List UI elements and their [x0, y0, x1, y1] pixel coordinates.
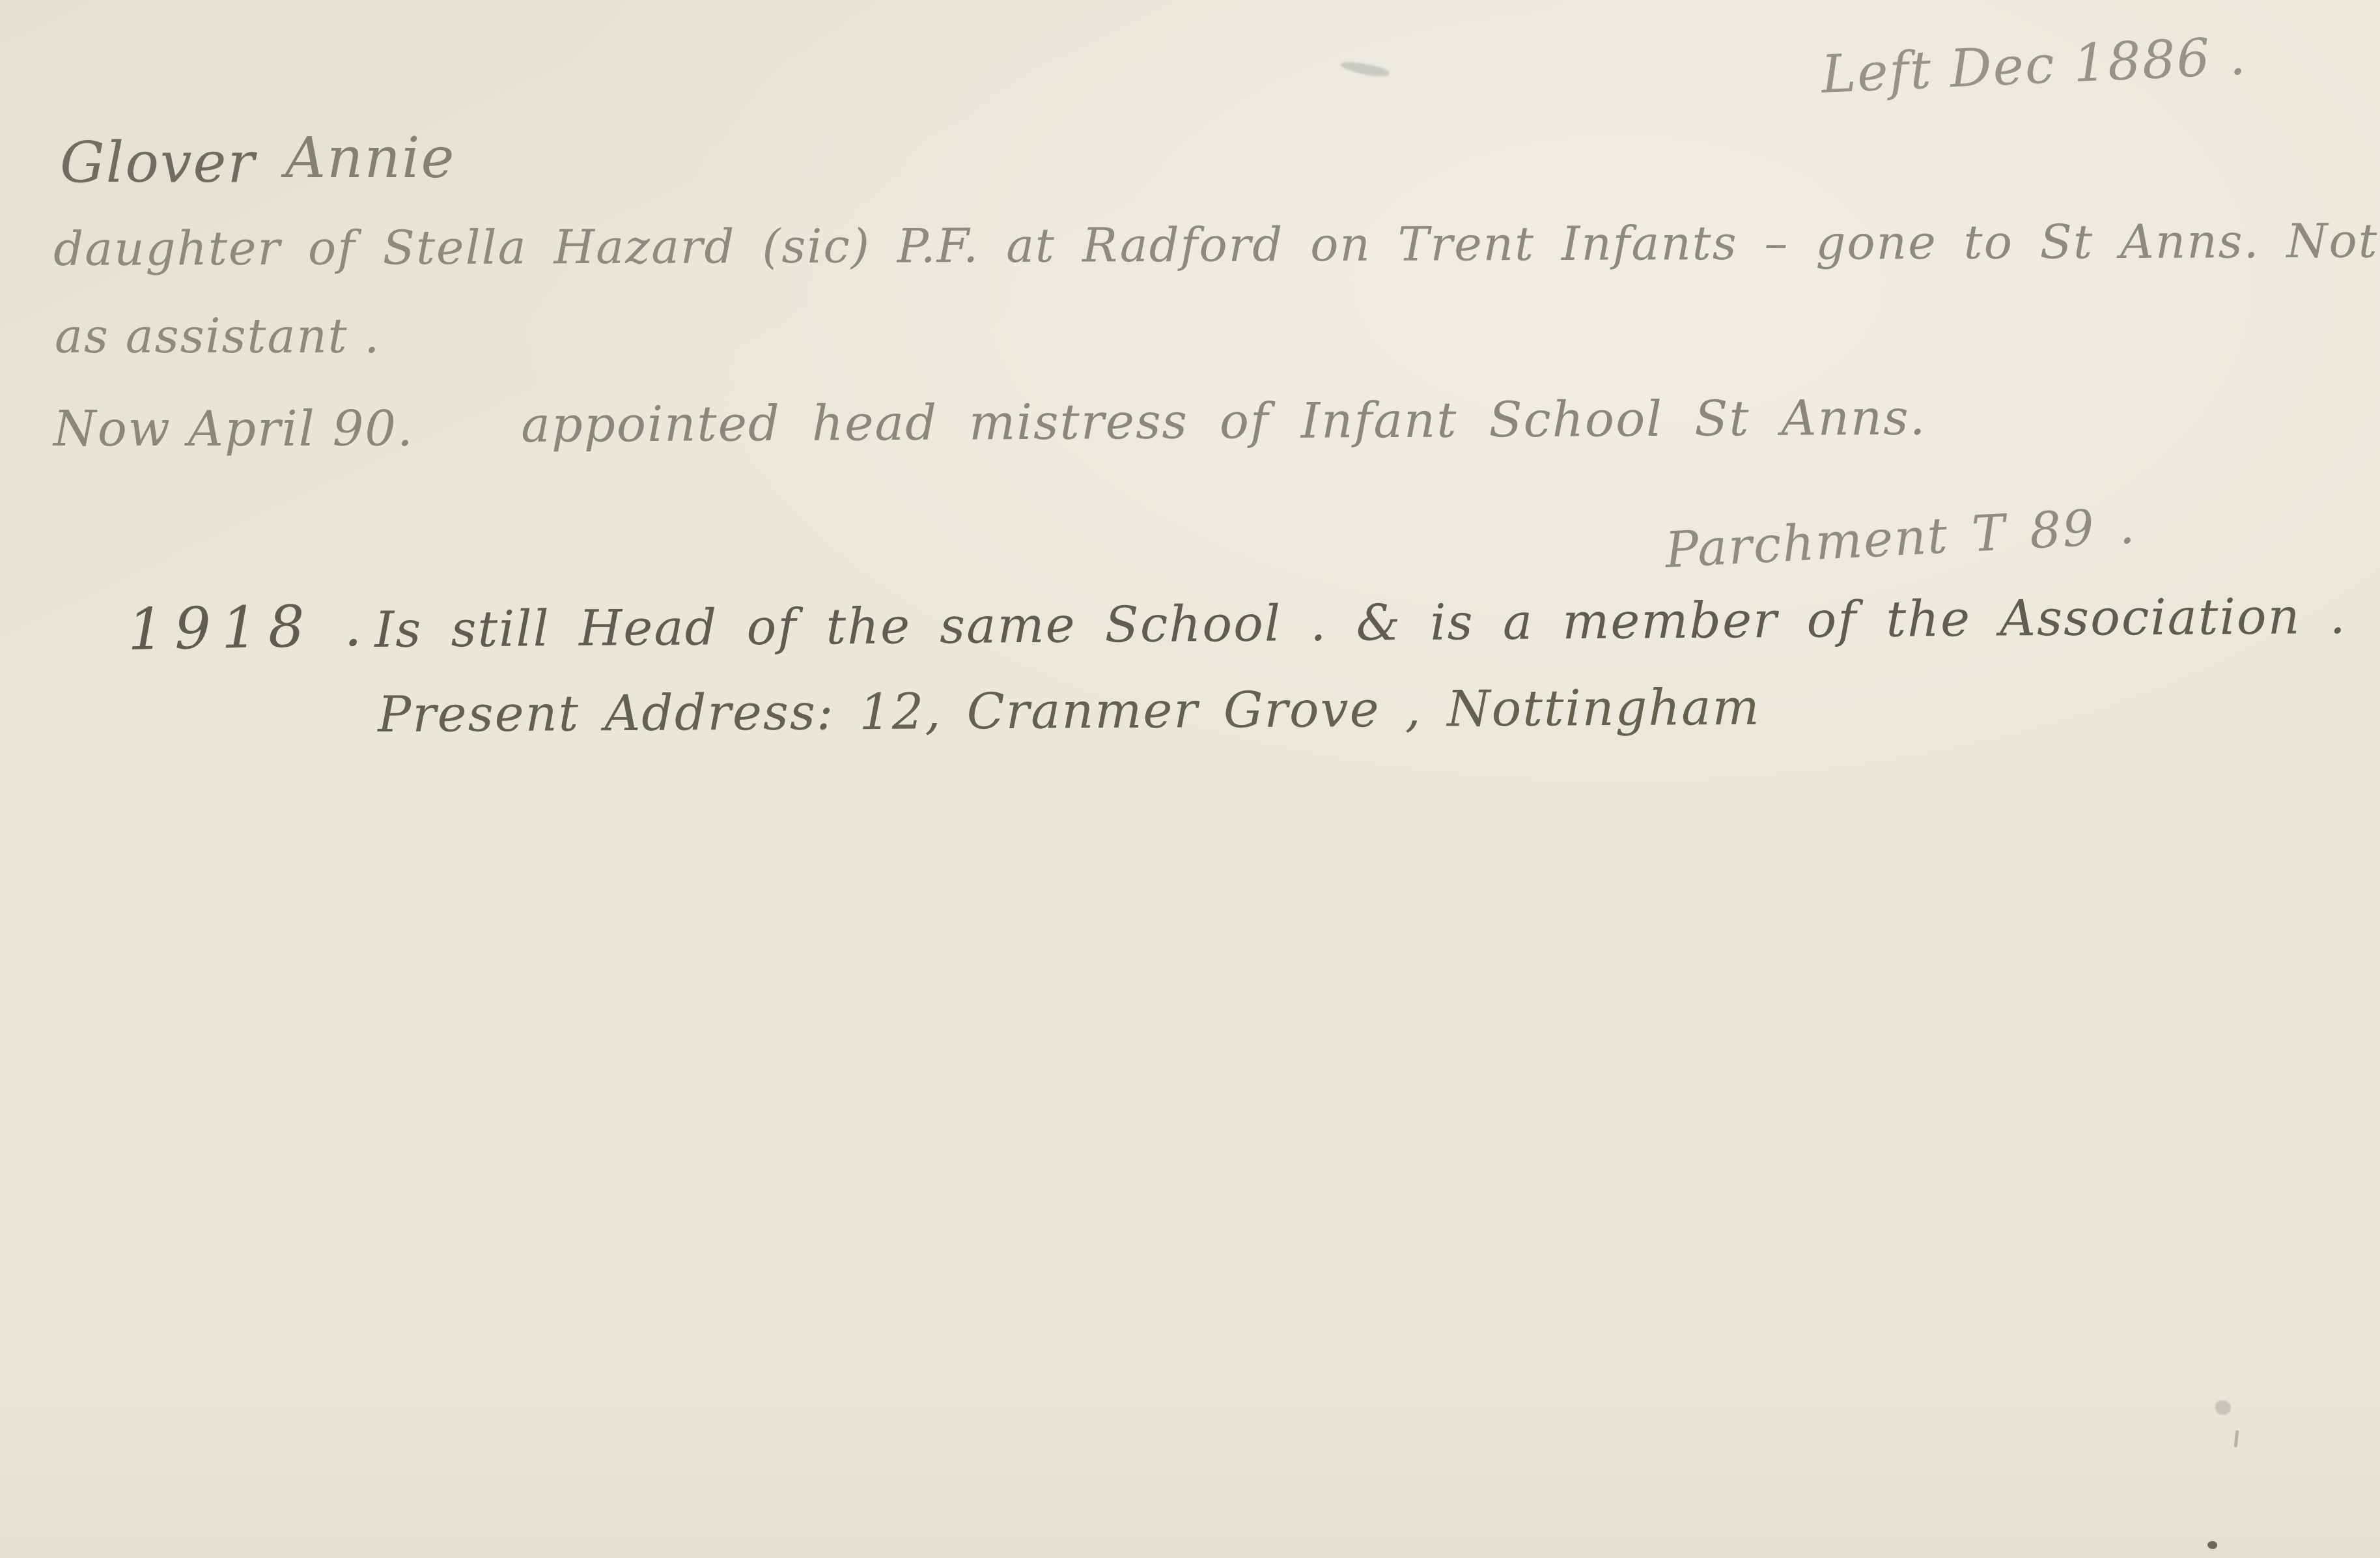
pencil-smudge-bottom-right	[2215, 1400, 2231, 1415]
parentage-line: daughter of Stella Hazard (sic) P.F. at …	[53, 212, 2380, 276]
appointment-date: Now April 90.	[53, 400, 414, 457]
appointment-line: appointed head mistress of Infant School…	[521, 389, 1927, 453]
forename-text: Annie	[285, 126, 455, 191]
parchment-note: Parchment T 89 .	[1664, 496, 2137, 579]
assistant-line: as assistant .	[55, 309, 381, 363]
surname-text: Glover	[60, 130, 256, 195]
pencil-dash-bottom-right	[2234, 1430, 2239, 1447]
departure-note: Left Dec 1886 .	[1820, 25, 2248, 104]
pencil-smudge-top	[1339, 59, 1390, 79]
update-line: Is still Head of the same School . & is …	[374, 587, 2347, 659]
record-card-page: Left Dec 1886 . Glover Annie daughter of…	[0, 0, 2380, 1558]
address-line: Present Address: 12, Cranmer Grove , Not…	[378, 678, 1761, 743]
update-year: 1918 .	[127, 591, 373, 663]
ink-dot-bottom-right	[2207, 1541, 2217, 1549]
